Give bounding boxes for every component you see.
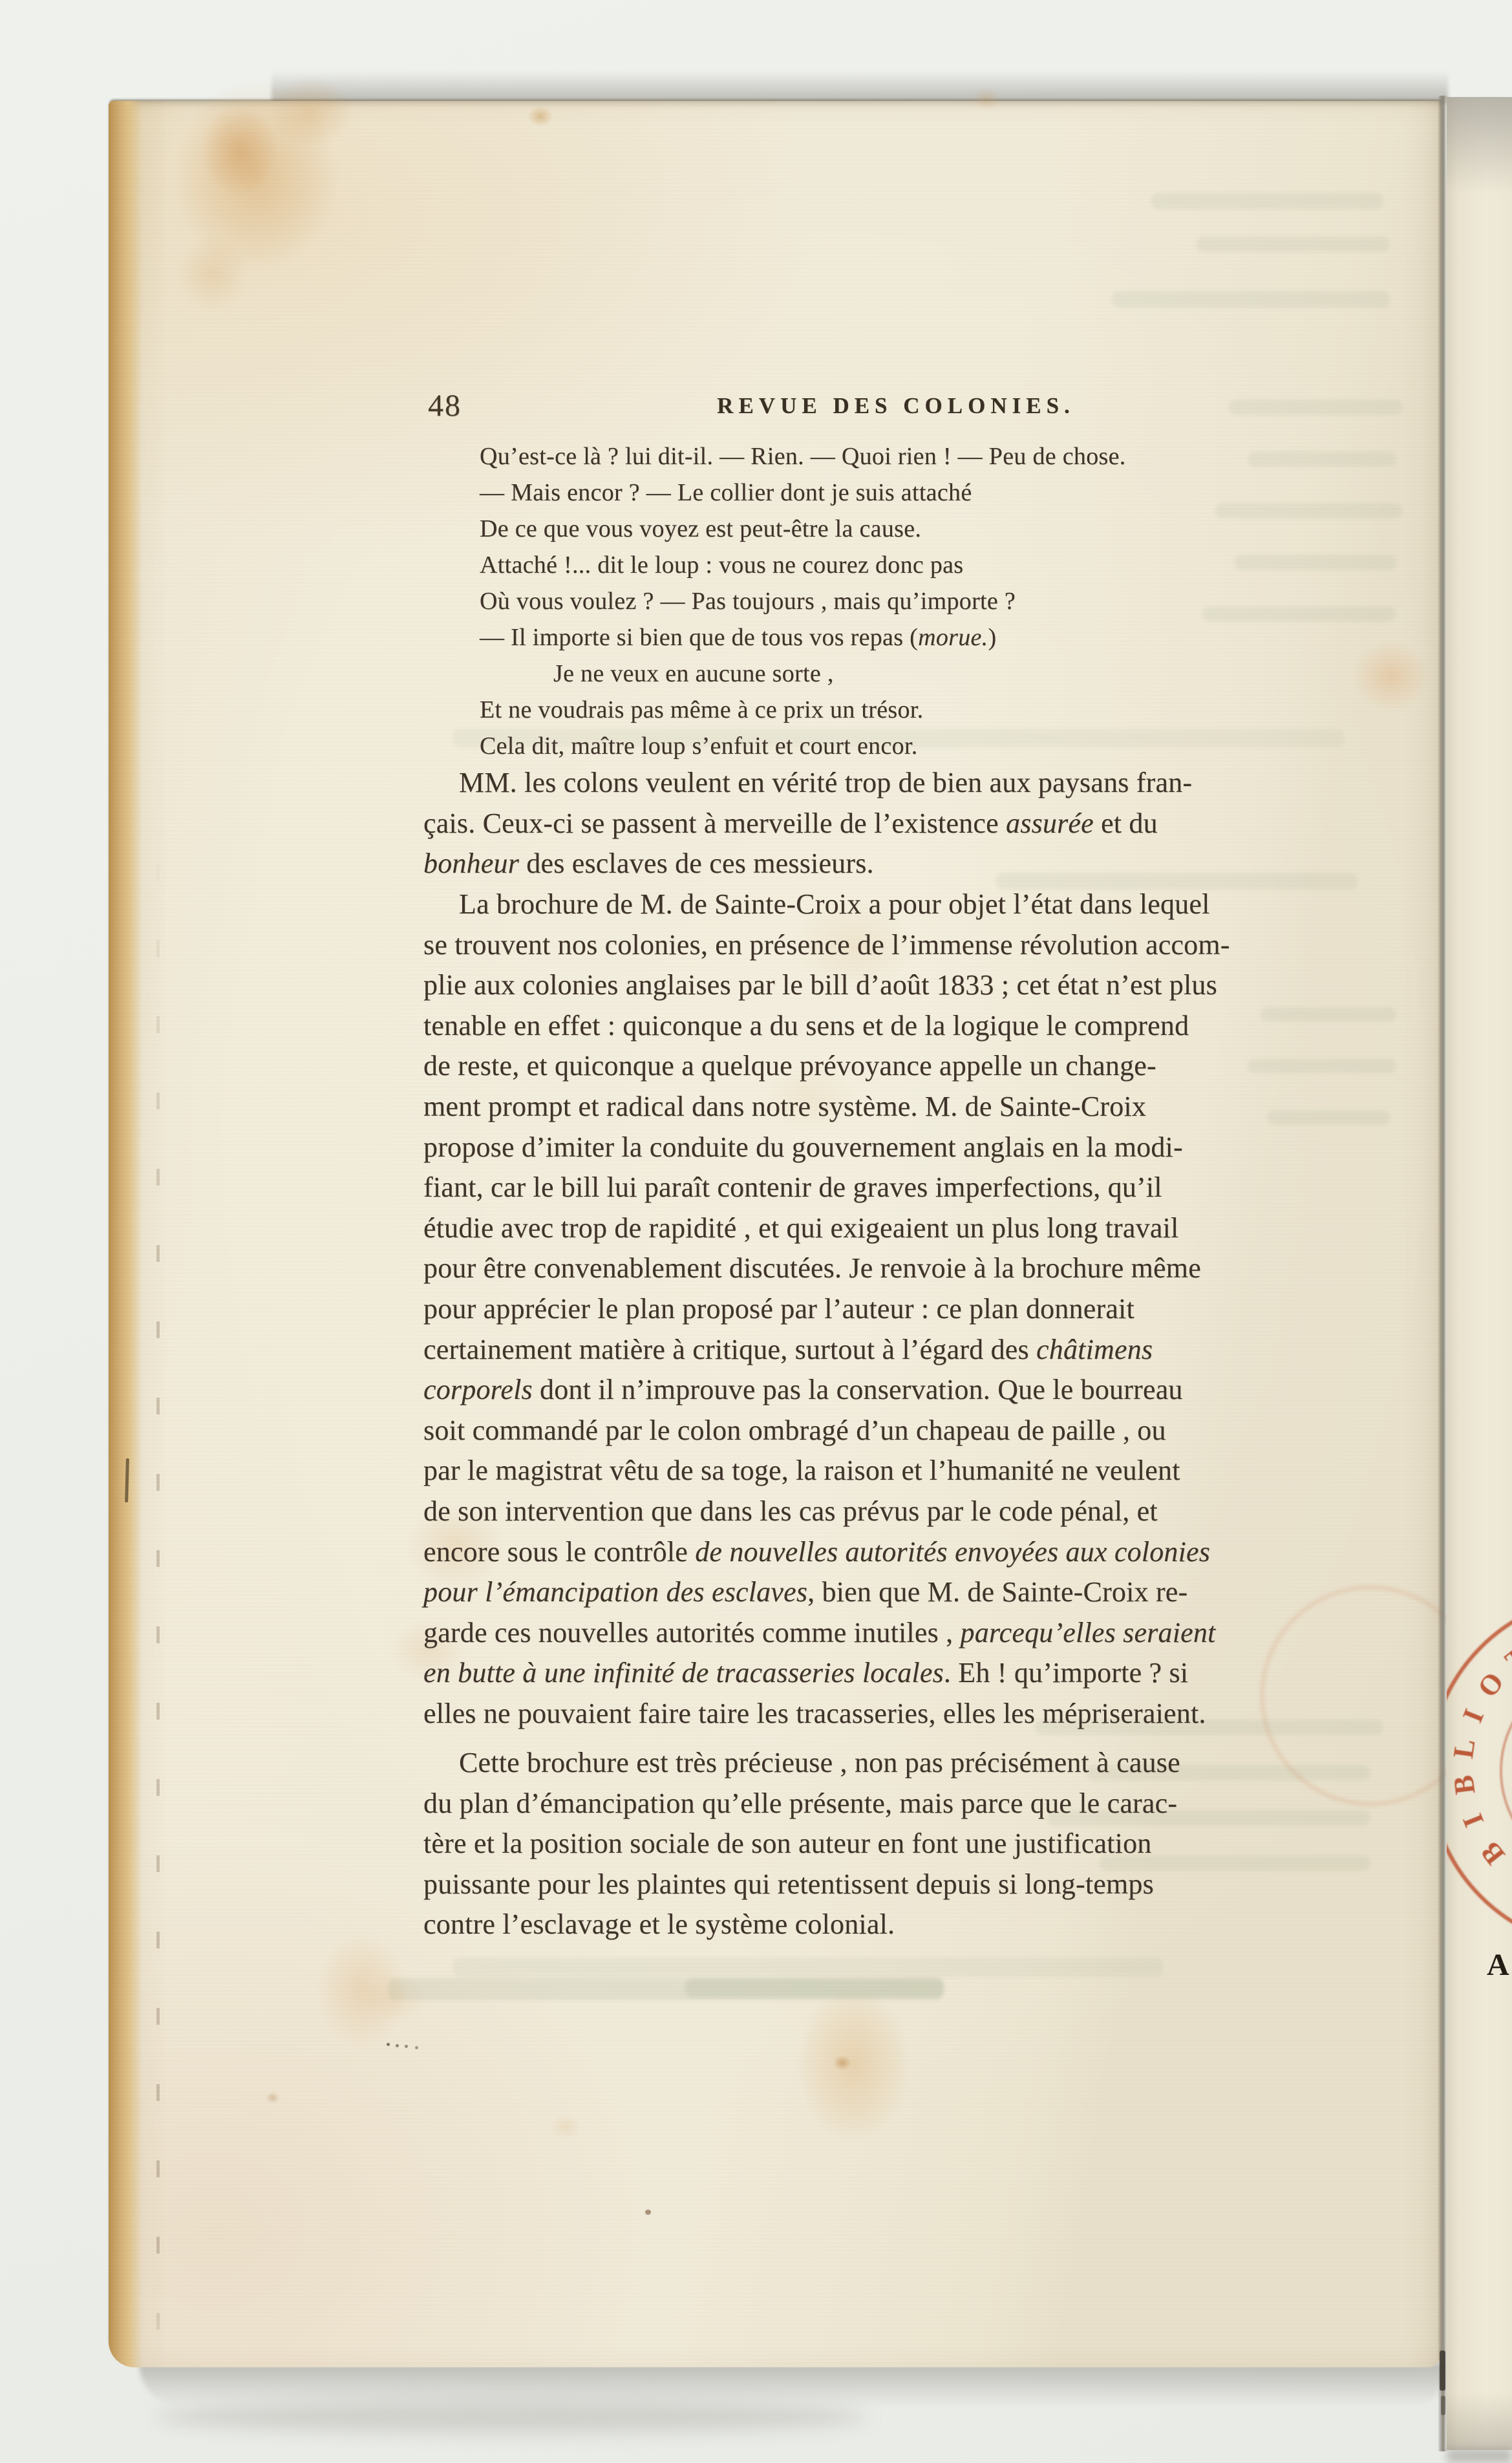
text-line: bonheur des esclaves de ces messieurs. <box>423 844 1368 884</box>
next-page-edge: BIBLIOT A <box>1447 97 1512 2450</box>
running-head: REVUE DES COLONIES. <box>423 393 1368 419</box>
scanner-shadow-bottom-soft <box>155 2400 866 2433</box>
scanned-book-page: 48 REVUE DES COLONIES. Qu’est-ce là ? lu… <box>0 0 1512 2463</box>
text-line: en butte à une infinité de tracasseries … <box>423 1653 1368 1694</box>
paragraph: La brochure de M. de Sainte-Croix a pour… <box>423 884 1368 1734</box>
show-through-ghost <box>453 1957 1164 1977</box>
text-line: Qu’est-ce là ? lui dit-il. — Rien. — Quo… <box>480 438 1126 474</box>
text-line: certainement matière à critique, surtout… <box>423 1330 1368 1370</box>
text-line: fiant, car le bill lui paraît contenir d… <box>423 1168 1368 1208</box>
foxing-stain <box>1352 641 1430 712</box>
show-through-ghost <box>685 1978 944 1998</box>
text-line: du plan d’émancipation qu’elle présente,… <box>423 1784 1368 1824</box>
book-page: 48 REVUE DES COLONIES. Qu’est-ce là ? lu… <box>109 101 1442 2367</box>
gutter-ink-mark <box>1441 2396 1445 2415</box>
text-line: tenable en effet : quiconque a du sens e… <box>423 1006 1368 1047</box>
verse-quotation: Qu’est-ce là ? lui dit-il. — Rien. — Quo… <box>480 438 1126 764</box>
page-deckle-edge <box>109 101 142 2367</box>
foxing-stain <box>833 2055 851 2071</box>
foxing-stain <box>171 80 339 273</box>
text-line: de reste, et quiconque a quelque prévoya… <box>423 1046 1368 1087</box>
foxing-stain <box>527 106 553 127</box>
text-line: ment prompt et radical dans notre systèm… <box>423 1087 1368 1127</box>
text-line: garde ces nouvelles autorités comme inut… <box>423 1613 1368 1654</box>
binding-stitch-marks <box>156 101 160 2367</box>
next-page-shadow <box>1447 2449 1512 2463</box>
paragraph: Cette brochure est très précieuse , non … <box>423 1743 1368 1945</box>
text-line: Et ne voudrais pas même à ce prix un tré… <box>480 692 1126 728</box>
show-through-ghost <box>1151 193 1383 209</box>
stamp-letter: B <box>1447 1773 1482 1796</box>
text-line: propose d’imiter la conduite du gouverne… <box>423 1127 1368 1168</box>
show-through-ghost <box>1196 237 1390 252</box>
gutter-ink-mark <box>1440 2351 1445 2391</box>
foxing-stain <box>200 105 278 196</box>
text-line: Cela dit, maître loup s’enfuit et court … <box>480 728 1126 764</box>
show-through-ghost <box>1235 555 1396 570</box>
text-line: — Mais encor ? — Le collier dont je suis… <box>480 474 1126 511</box>
text-line: corporels dont il n’improuve pas la cons… <box>423 1370 1368 1411</box>
text-line: étudie avec trop de rapidité , et qui ex… <box>423 1208 1368 1249</box>
foxing-stain <box>266 2092 280 2104</box>
text-line: puissante pour les plaintes qui retentis… <box>423 1864 1368 1905</box>
show-through-ghost <box>1202 606 1396 622</box>
printed-letter-fragment: A <box>1487 1947 1509 1983</box>
show-through-ghost <box>1215 503 1403 518</box>
text-line: — Il importe si bien que de tous vos rep… <box>480 619 1126 656</box>
text-line: contre l’esclavage et le système colonia… <box>423 1904 1368 1945</box>
text-line: par le magistrat vêtu de sa toge, la rai… <box>423 1451 1368 1491</box>
text-line: de son intervention que dans les cas pré… <box>423 1491 1368 1532</box>
text-line: se trouvent nos colonies, en présence de… <box>423 925 1368 966</box>
scanner-shadow-bottom <box>139 2363 1442 2406</box>
text-line: encore sous le contrôle de nouvelles aut… <box>423 1532 1368 1573</box>
ink-speck <box>645 2210 651 2215</box>
paragraph: MM. les colons veulent en vérité trop de… <box>423 763 1368 884</box>
text-line: elles ne pouvaient faire taire les traca… <box>423 1694 1368 1734</box>
text-line: MM. les colons veulent en vérité trop de… <box>423 763 1368 804</box>
text-line: Où vous voulez ? — Pas toujours , mais q… <box>480 583 1126 619</box>
text-line: pour apprécier le plan proposé par l’aut… <box>423 1289 1368 1330</box>
ink-dots <box>387 2043 390 2046</box>
text-line: soit commandé par le colon ombragé d’un … <box>423 1411 1368 1451</box>
text-line: Cette brochure est très précieuse , non … <box>423 1743 1368 1784</box>
text-line: pour être convenablement discutées. Je r… <box>423 1248 1368 1289</box>
text-line: Attaché !... dit le loup : vous ne coure… <box>480 547 1126 583</box>
foxing-stain <box>549 2114 582 2140</box>
text-line: La brochure de M. de Sainte-Croix a pour… <box>423 884 1368 925</box>
text-line: pour l’émancipation des esclaves, bien q… <box>423 1572 1368 1613</box>
text-line: tère et la position sociale de son auteu… <box>423 1824 1368 1864</box>
text-line: çais. Ceux-ci se passent à merveille de … <box>423 804 1368 844</box>
text-line: plie aux colonies anglaises par le bill … <box>423 965 1368 1006</box>
foxing-stain <box>796 1987 910 2142</box>
show-through-ghost <box>1248 451 1396 467</box>
foxing-stain <box>178 235 249 312</box>
show-through-ghost <box>1112 291 1390 308</box>
text-line: Je ne veux en aucune sorte , <box>553 656 1126 692</box>
scanner-shadow-top <box>272 71 1448 103</box>
text-line: De ce que vous voyez est peut-être la ca… <box>480 511 1126 547</box>
